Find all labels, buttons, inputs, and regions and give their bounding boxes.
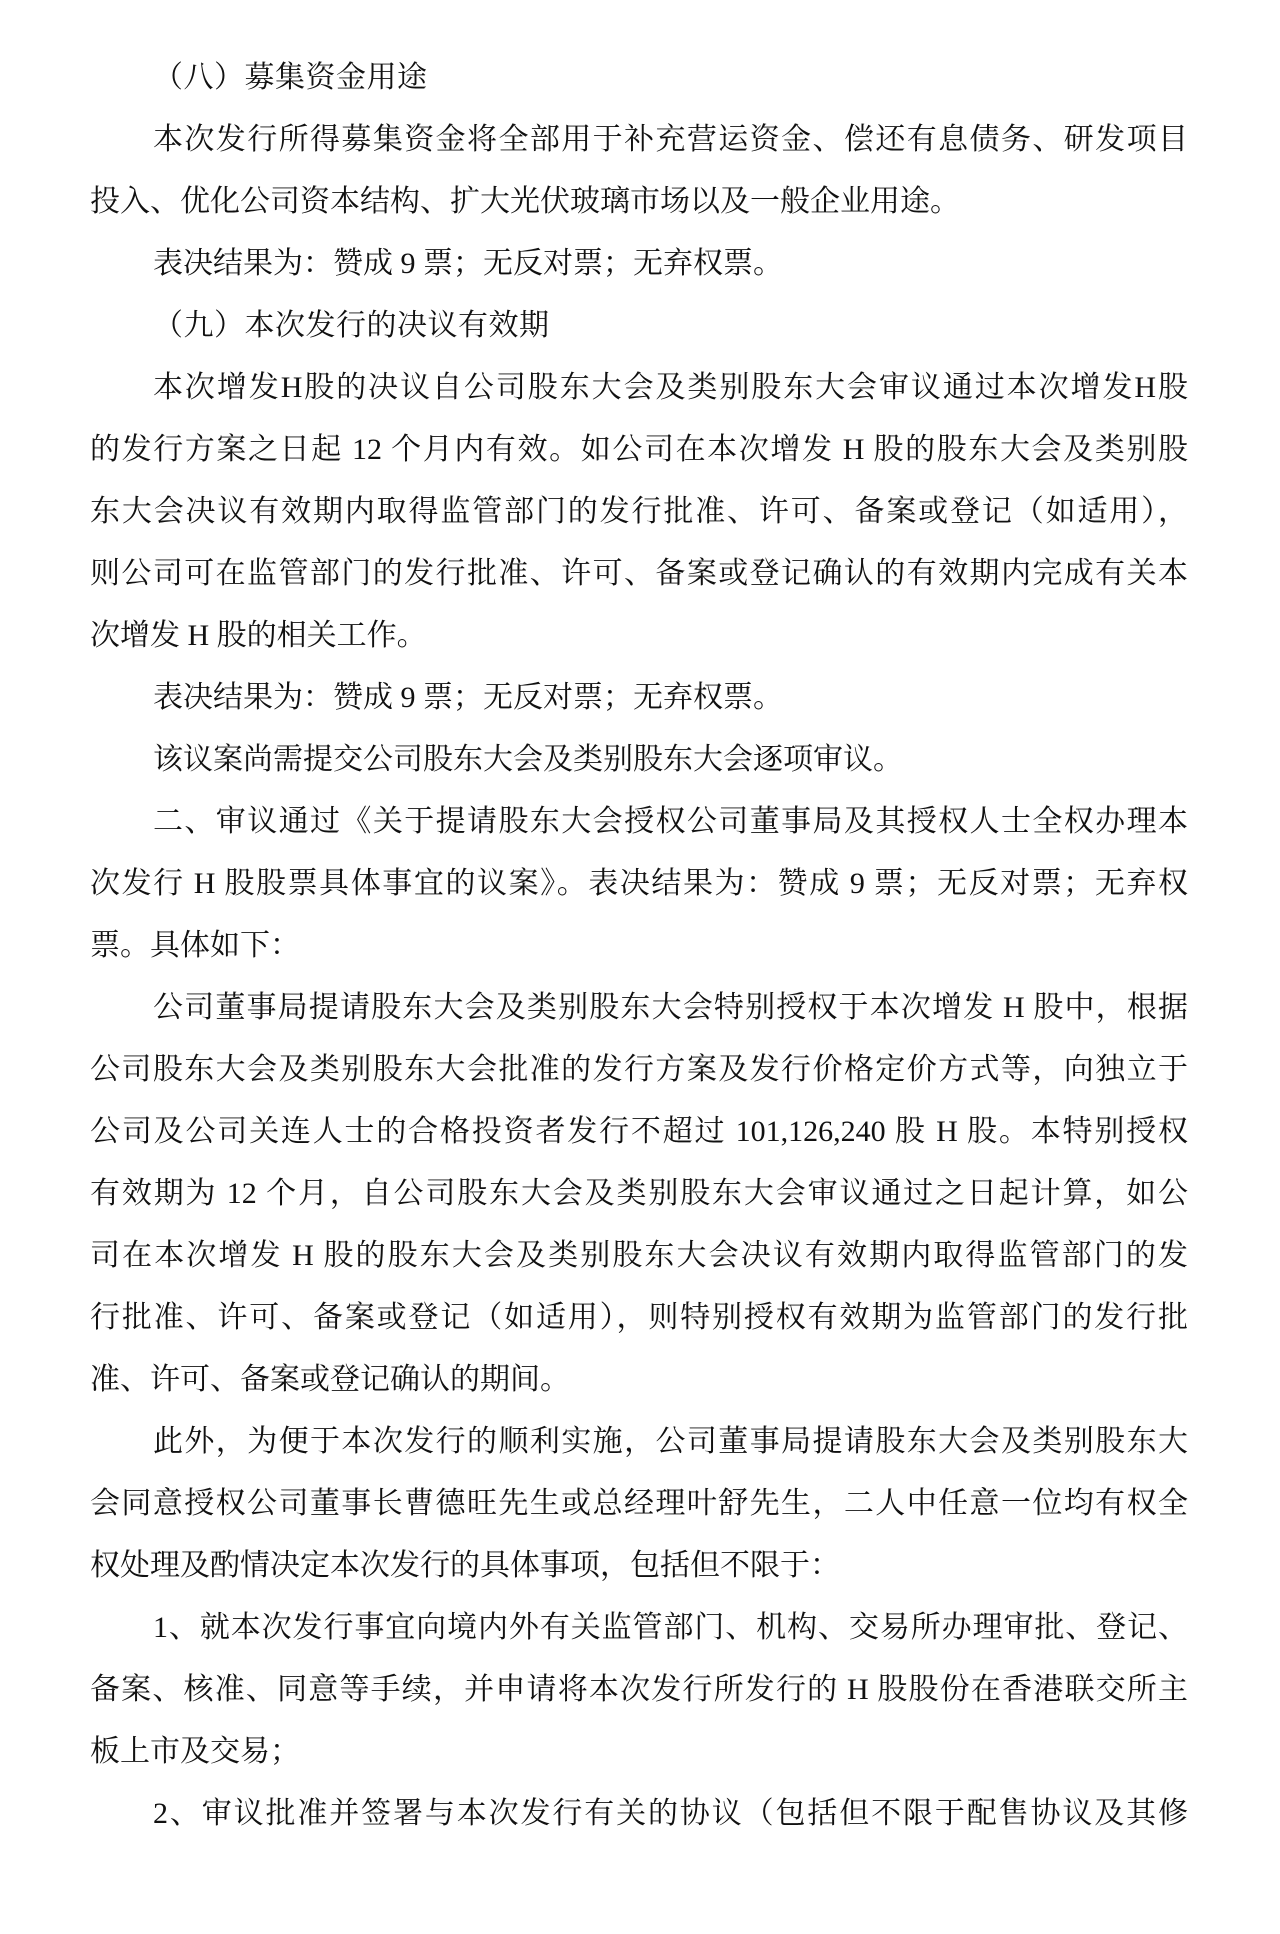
list-item-2: 2、审议批准并签署与本次发行有关的协议（包括但不限于配售协议及其修 <box>90 1783 1188 1845</box>
text-line: 票。具体如下： <box>90 915 1188 977</box>
vote-result: 表决结果为：赞成 9 票；无反对票；无弃权票。 <box>90 233 1188 295</box>
text-line: 二、审议通过《关于提请股东大会授权公司董事局及其授权人士全权办理本 <box>153 791 1188 853</box>
section-heading-validity-period: （九）本次发行的决议有效期 <box>90 295 1188 357</box>
text-line: 准、许可、备案或登记确认的期间。 <box>90 1349 1188 1411</box>
text-line: 则公司可在监管部门的发行批准、许可、备案或登记确认的有效期内完成有关本 <box>90 543 1188 605</box>
text-line: 有效期为 12 个月，自公司股东大会及类别股东大会审议通过之日起计算，如公 <box>90 1163 1188 1225</box>
text-line: 司在本次增发 H 股的股东大会及类别股东大会决议有效期内取得监管部门的发 <box>90 1225 1188 1287</box>
text-line: 本次增发H股的决议自公司股东大会及类别股东大会审议通过本次增发H股 <box>153 357 1188 419</box>
text-line: 该议案尚需提交公司股东大会及类别股东大会逐项审议。 <box>153 729 1188 791</box>
paragraph-resolution-two: 二、审议通过《关于提请股东大会授权公司董事局及其授权人士全权办理本 次发行 H … <box>90 791 1188 977</box>
text-line: 本次发行所得募集资金将全部用于补充营运资金、偿还有息债务、研发项目 <box>153 109 1188 171</box>
text-line: 公司及公司关连人士的合格投资者发行不超过 101,126,240 股 H 股。本… <box>90 1101 1188 1163</box>
text-line: 1、就本次发行事宜向境内外有关监管部门、机构、交易所办理审批、登记、 <box>153 1597 1188 1659</box>
section-heading-use-of-proceeds: （八）募集资金用途 <box>90 47 1188 109</box>
text-line: 2、审议批准并签署与本次发行有关的协议（包括但不限于配售协议及其修 <box>153 1783 1188 1845</box>
text-line: 公司董事局提请股东大会及类别股东大会特别授权于本次增发 H 股中，根据 <box>153 977 1188 1039</box>
text-line: 板上市及交易； <box>90 1721 1188 1783</box>
paragraph-special-mandate: 公司董事局提请股东大会及类别股东大会特别授权于本次增发 H 股中，根据 公司股东… <box>90 977 1188 1411</box>
text-line: 此外，为便于本次发行的顺利实施，公司董事局提请股东大会及类别股东大 <box>153 1411 1188 1473</box>
paragraph-submission-note: 该议案尚需提交公司股东大会及类别股东大会逐项审议。 <box>90 729 1188 791</box>
paragraph-validity-period: 本次增发H股的决议自公司股东大会及类别股东大会审议通过本次增发H股 的发行方案之… <box>90 357 1188 667</box>
vote-result: 表决结果为：赞成 9 票；无反对票；无弃权票。 <box>90 667 1188 729</box>
text-line: 次增发 H 股的相关工作。 <box>90 605 1188 667</box>
text-line: 表决结果为：赞成 9 票；无反对票；无弃权票。 <box>153 667 1188 729</box>
text-line: 行批准、许可、备案或登记（如适用），则特别授权有效期为监管部门的发行批 <box>90 1287 1188 1349</box>
document-page: （八）募集资金用途 本次发行所得募集资金将全部用于补充营运资金、偿还有息债务、研… <box>90 47 1188 1845</box>
list-item-1: 1、就本次发行事宜向境内外有关监管部门、机构、交易所办理审批、登记、 备案、核准… <box>90 1597 1188 1783</box>
text-line: 表决结果为：赞成 9 票；无反对票；无弃权票。 <box>153 233 1188 295</box>
text-line: 次发行 H 股股票具体事宜的议案》。表决结果为：赞成 9 票；无反对票；无弃权 <box>90 853 1188 915</box>
text-line: 东大会决议有效期内取得监管部门的发行批准、许可、备案或登记（如适用）， <box>90 481 1188 543</box>
text-line: 会同意授权公司董事长曹德旺先生或总经理叶舒先生，二人中任意一位均有权全 <box>90 1473 1188 1535</box>
heading-line: （八）募集资金用途 <box>153 47 1188 109</box>
text-line: 公司股东大会及类别股东大会批准的发行方案及发行价格定价方式等，向独立于 <box>90 1039 1188 1101</box>
heading-line: （九）本次发行的决议有效期 <box>153 295 1188 357</box>
text-line: 投入、优化公司资本结构、扩大光伏玻璃市场以及一般企业用途。 <box>90 171 1188 233</box>
text-line: 权处理及酌情决定本次发行的具体事项，包括但不限于： <box>90 1535 1188 1597</box>
text-line: 的发行方案之日起 12 个月内有效。如公司在本次增发 H 股的股东大会及类别股 <box>90 419 1188 481</box>
text-line: 备案、核准、同意等手续，并申请将本次发行所发行的 H 股股份在香港联交所主 <box>90 1659 1188 1721</box>
paragraph-authorization: 此外，为便于本次发行的顺利实施，公司董事局提请股东大会及类别股东大 会同意授权公… <box>90 1411 1188 1597</box>
paragraph-use-of-proceeds: 本次发行所得募集资金将全部用于补充营运资金、偿还有息债务、研发项目 投入、优化公… <box>90 109 1188 233</box>
